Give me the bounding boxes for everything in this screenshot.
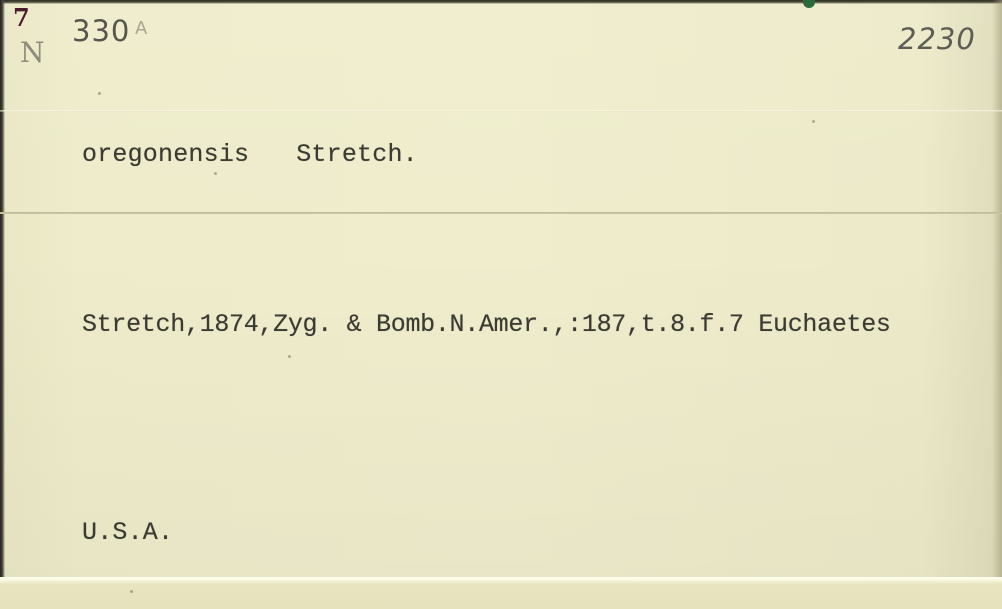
species-name: oregonensis <box>82 140 249 169</box>
paper-speck <box>98 92 101 95</box>
citation: Stretch,1874,Zyg. & Bomb.N.Amer.,:187,t.… <box>82 310 891 339</box>
card-top-edge <box>0 0 1002 4</box>
species-heading: oregonensisStretch. <box>82 140 418 169</box>
green-tab-mark <box>803 0 815 8</box>
locality: U.S.A. <box>82 518 173 547</box>
faint-ruled-line <box>0 110 1002 112</box>
index-card: 7 330 A N 2230 oregonensisStretch. Stret… <box>0 0 1002 609</box>
handwritten-faint-suffix: A <box>135 18 147 39</box>
card-right-edge <box>992 0 1002 609</box>
handwritten-catalog-number: 330 <box>72 14 130 48</box>
bottom-ruled-line <box>0 577 1002 580</box>
stamp-number: 7 <box>13 3 30 32</box>
handwritten-reference-number: 2230 <box>898 22 976 56</box>
ruled-line <box>0 212 1002 214</box>
paper-speck <box>288 355 291 358</box>
paper-speck <box>130 590 133 593</box>
paper-speck <box>214 172 217 175</box>
card-left-edge <box>0 0 5 609</box>
paper-speck <box>812 120 815 123</box>
card-bottom-band <box>0 580 1002 609</box>
handwritten-margin-initial: N <box>20 36 45 69</box>
species-author: Stretch. <box>296 140 418 169</box>
